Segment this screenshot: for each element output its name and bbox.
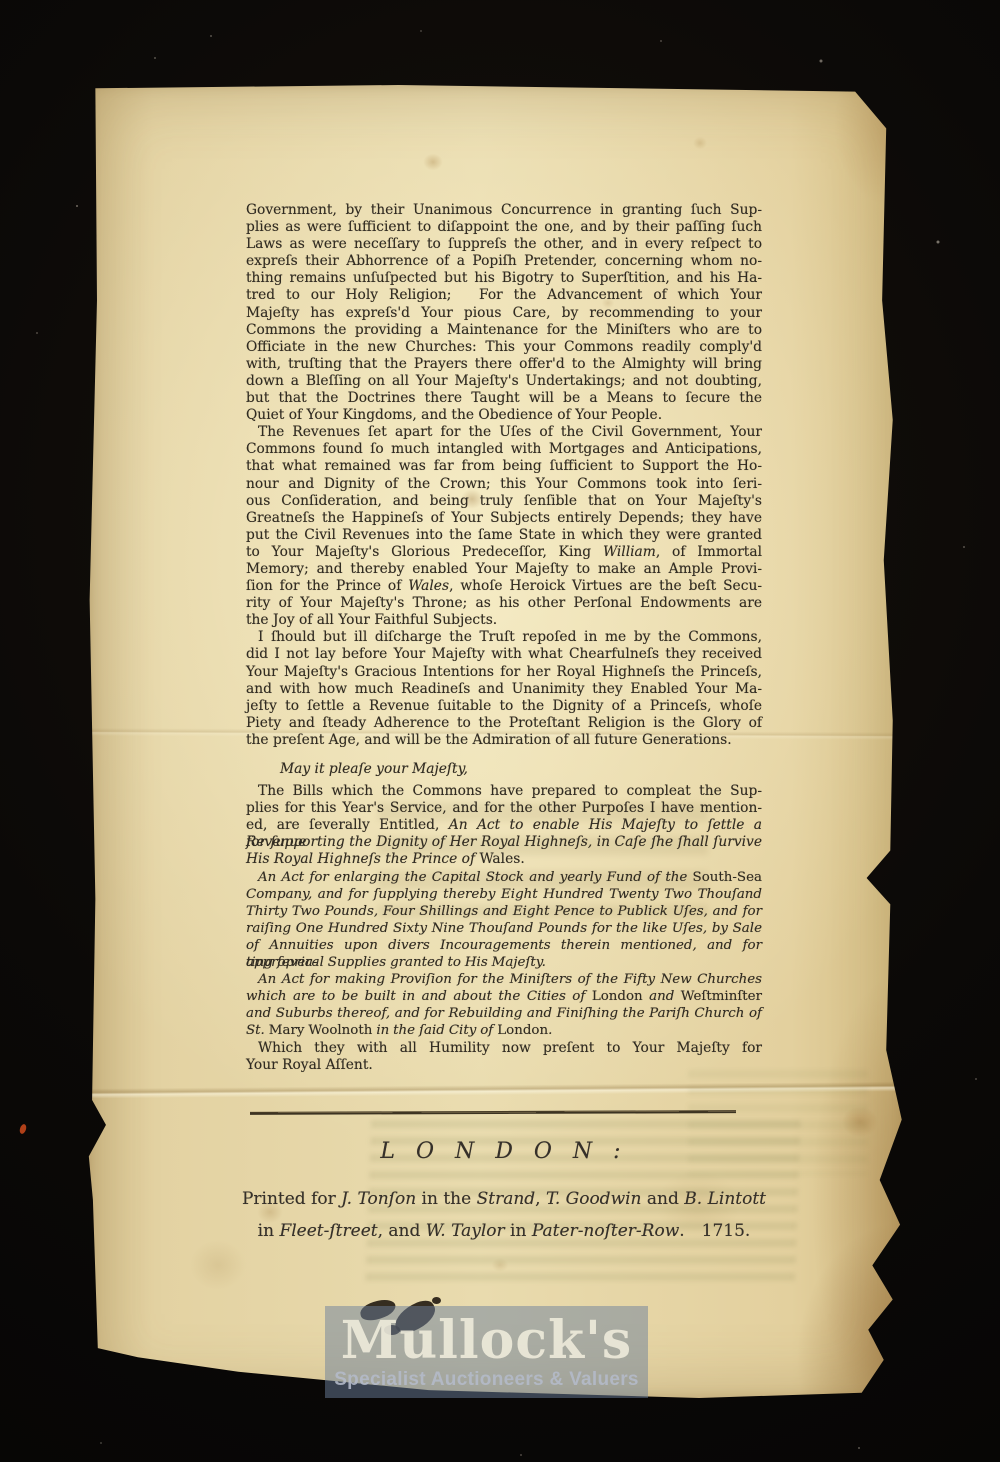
imprint-city: L O N D O N : xyxy=(246,1139,762,1164)
watermark-tagline: Specialist Auctioneers & Valuers xyxy=(325,1369,648,1391)
paragraph: Which they with all Humility now preſent… xyxy=(246,1040,762,1074)
text-line: Which they with all Humility now preſent… xyxy=(246,1040,762,1057)
text-line: plies as were ſufficient to diſappoint t… xyxy=(246,219,762,236)
ink-blot xyxy=(432,1297,441,1304)
text-line: with, truſting that the Prayers there of… xyxy=(246,356,762,373)
text-line: put the Civil Revenues into the ſame Sta… xyxy=(246,527,762,544)
text-line: ed, are ſeverally Entitled, An Act to en… xyxy=(246,817,762,834)
text-line: Quiet of Your Kingdoms, and the Obedienc… xyxy=(246,407,762,424)
imprint-line: Printed for J. Tonſon in the Strand, T. … xyxy=(236,1183,772,1215)
text-line: which are to be built in and about the C… xyxy=(246,988,762,1005)
text-line: jeſty to ſettle a Revenue ſuitable to th… xyxy=(246,698,762,715)
text-line: An Act for enlarging the Capital Stock a… xyxy=(246,869,762,886)
text-line: May it pleaſe your Majeſty, xyxy=(280,761,762,778)
dust-specks xyxy=(0,0,2,2)
auction-watermark: Mullock's Specialist Auctioneers & Value… xyxy=(325,1306,648,1398)
text-line: tred to our Holy Religion; For the Advan… xyxy=(246,287,762,304)
text-line: Company, and for ſupplying thereby Eight… xyxy=(246,886,762,903)
debris-speck xyxy=(19,1123,28,1134)
text-line: ting ſeveral Supplies granted to His Maj… xyxy=(246,954,762,971)
text-line: but that the Doctrines there Taught will… xyxy=(246,390,762,407)
imprint: Printed for J. Tonſon in the Strand, T. … xyxy=(236,1183,772,1247)
document-text: Government, by their Unanimous Concurren… xyxy=(246,202,762,1074)
text-line: the Joy of all Your Faithful Subjects. xyxy=(246,612,762,629)
text-line: Commons the providing a Maintenance for … xyxy=(246,322,762,339)
text-line: Your Royal Aſſent. xyxy=(246,1057,762,1074)
text-line: plies for this Year's Service, and for t… xyxy=(246,800,762,817)
text-line: of Annuities upon divers Incouragements … xyxy=(246,937,762,954)
paragraph: An Act for making Proviſion for the Mini… xyxy=(246,971,762,1039)
text-line: the preſent Age, and will be the Admirat… xyxy=(246,732,762,749)
text-line: Laws as were neceſſary to ſuppreſs the o… xyxy=(246,236,762,253)
paragraph: An Act for enlarging the Capital Stock a… xyxy=(246,869,762,972)
text-line: for ſupporting the Dignity of Her Royal … xyxy=(246,834,762,851)
text-line: The Bills which the Commons have prepare… xyxy=(246,783,762,800)
paragraph: I ſhould but ill diſcharge the Truſt rep… xyxy=(246,629,762,749)
text-line: I ſhould but ill diſcharge the Truſt rep… xyxy=(246,629,762,646)
text-line: that what remained was far from being ſu… xyxy=(246,458,762,475)
text-line: to Your Majeſty's Glorious Predeceſſor, … xyxy=(246,544,762,561)
text-line: nour and Dignity of the Crown; this Your… xyxy=(246,476,762,493)
text-line: St. Mary Woolnoth in the ſaid City of Lo… xyxy=(246,1022,762,1039)
text-line: Thirty Two Pounds, Four Shillings and Ei… xyxy=(246,903,762,920)
text-line: Officiate in the new Churches: This your… xyxy=(246,339,762,356)
document-page: Government, by their Unanimous Concurren… xyxy=(88,85,905,1398)
text-line: An Act for making Proviſion for the Mini… xyxy=(246,971,762,988)
text-line: The Revenues ſet apart for the Uſes of t… xyxy=(246,424,762,441)
text-line: raiſing One Hundred Sixty Nine Thouſand … xyxy=(246,920,762,937)
imprint-line: in Fleet-ſtreet, and W. Taylor in Pater-… xyxy=(236,1215,772,1247)
text-line: Majeſty has expreſs'd Your pious Care, b… xyxy=(246,305,762,322)
text-line: His Royal Highneſs the Prince of Wales. xyxy=(246,851,762,868)
text-line: Greatneſs the Happineſs of Your Subjects… xyxy=(246,510,762,527)
watermark-name: Mullock's xyxy=(325,1314,648,1368)
text-line: rity of Your Majeſty's Throne; as his ot… xyxy=(246,595,762,612)
text-line: expreſs their Abhorrence of a Popiſh Pre… xyxy=(246,253,762,270)
text-line: thing remains unſuſpected but his Bigotr… xyxy=(246,270,762,287)
paragraph: The Bills which the Commons have prepare… xyxy=(246,783,762,868)
text-line: down a Bleſſing on all Your Majeſty's Un… xyxy=(246,373,762,390)
text-line: Memory; and thereby enabled Your Majeſty… xyxy=(246,561,762,578)
paragraph: Government, by their Unanimous Concurren… xyxy=(246,202,762,424)
text-line: and Suburbs thereof, and for Rebuilding … xyxy=(246,1005,762,1022)
paragraph: The Revenues ſet apart for the Uſes of t… xyxy=(246,424,762,629)
text-line: Commons found ſo much intangled with Mor… xyxy=(246,441,762,458)
photo-stage: Government, by their Unanimous Concurren… xyxy=(0,0,1000,1462)
text-line: Piety and ſteady Adherence to the Proteſ… xyxy=(246,715,762,732)
text-line: did I not lay before Your Majeſty with w… xyxy=(246,646,762,663)
text-line: Your Majeſty's Gracious Intentions for h… xyxy=(246,664,762,681)
salutation-line: May it pleaſe your Majeſty, xyxy=(246,761,762,778)
text-line: Government, by their Unanimous Concurren… xyxy=(246,202,762,219)
text-line: ous Conſideration, and being truly ſenſi… xyxy=(246,493,762,510)
text-line: and with how much Readineſs and Unanimit… xyxy=(246,681,762,698)
text-line: ſion for the Prince of Wales, whoſe Hero… xyxy=(246,578,762,595)
